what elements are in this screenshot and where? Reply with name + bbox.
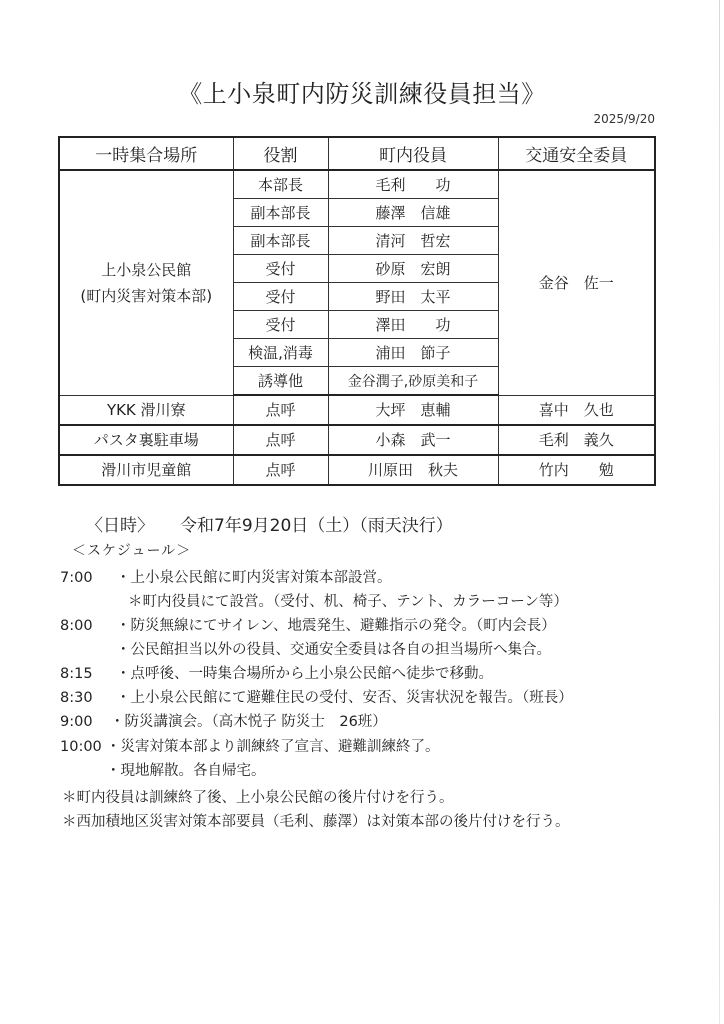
schedule-time: 7:00 (60, 568, 120, 588)
officer-cell: 大坪 恵輔 (328, 395, 498, 425)
role-cell: 点呼 (233, 395, 328, 425)
schedule-item: ・現地解散。各自帰宅。 (0, 761, 724, 781)
roster-table: 一時集合場所 役割 町内役員 交通安全委員 上小泉公民館 (町内災害対策本部) … (58, 136, 656, 486)
datetime-value: 令和7年9月20日（土）（雨天決行） (180, 516, 453, 536)
schedule-text: ・現地解散。各自帰宅。 (106, 761, 266, 781)
table-row: パスタ裏駐車場 点呼 小森 武一 毛利 義久 (59, 425, 655, 455)
officer-cell: 砂原 宏朗 (328, 255, 498, 283)
table-row: 上小泉公民館 (町内災害対策本部) 本部長 毛利 功 金谷 佐一 (59, 170, 655, 199)
hq-place-cell: 上小泉公民館 (町内災害対策本部) (59, 170, 233, 395)
role-cell: 点呼 (233, 455, 328, 485)
schedule-text: ・防災無線にてサイレン、地震発生、避難指示の発令。（町内会長） (116, 616, 556, 636)
schedule-text: ・公民館担当以外の役員、交通安全委員は各自の担当場所へ集合。 (116, 640, 551, 660)
role-cell: 検温,消毒 (233, 339, 328, 367)
document-title: 《上小泉町内防災訓練役員担当》 (0, 74, 724, 109)
schedule-item: ＊町内役員にて設営。（受付、机、椅子、テント、カラーコーン等） (0, 592, 724, 612)
schedule-item: 7:00 ・上小泉公民館に町内災害対策本部設営。 (0, 568, 724, 588)
officer-cell: 川原田 秋夫 (328, 455, 498, 485)
assembly-place-cell: パスタ裏駐車場 (59, 425, 233, 455)
schedule-text: ・上小泉公民館に町内災害対策本部設営。 (116, 568, 392, 588)
schedule-time: 8:00 (60, 616, 120, 636)
hq-place-subtitle: (町内災害対策本部) (60, 283, 233, 309)
traffic-officer-cell: 竹内 勉 (498, 455, 655, 485)
officer-cell: 毛利 功 (328, 170, 498, 199)
hq-traffic-officer-cell: 金谷 佐一 (498, 170, 655, 395)
table-row: 滑川市児童館 点呼 川原田 秋夫 竹内 勉 (59, 455, 655, 485)
document-date: 2025/9/20 (560, 112, 655, 126)
schedule-heading: ＜スケジュール＞ (72, 540, 191, 560)
traffic-officer-cell: 喜中 久也 (498, 395, 655, 425)
role-cell: 受付 (233, 283, 328, 311)
header-traffic-officer: 交通安全委員 (498, 137, 655, 170)
schedule-text: ＊町内役員にて設営。（受付、机、椅子、テント、カラーコーン等） (128, 592, 568, 612)
assembly-place-cell: 滑川市児童館 (59, 455, 233, 485)
event-datetime: 〈日時〉令和7年9月20日（土）（雨天決行） (86, 511, 453, 536)
schedule-text: ・防災講演会。（高木悦子 防災士 26班） (110, 712, 387, 732)
schedule-item: 9:00 ・防災講演会。（高木悦子 防災士 26班） (0, 712, 724, 732)
schedule-item: 8:30 ・上小泉公民館にて避難住民の受付、安否、災害状況を報告。（班長） (0, 688, 724, 708)
schedule-item: 8:00 ・防災無線にてサイレン、地震発生、避難指示の発令。（町内会長） (0, 616, 724, 636)
schedule-item: ・公民館担当以外の役員、交通安全委員は各自の担当場所へ集合。 (0, 640, 724, 660)
role-cell: 誘導他 (233, 367, 328, 396)
officer-cell: 金谷潤子,砂原美和子 (328, 367, 498, 396)
schedule-text: ・災害対策本部より訓練終了宣言、避難訓練終了。 (106, 737, 440, 757)
schedule-item: 8:15 ・点呼後、一時集合場所から上小泉公民館へ徒歩で移動。 (0, 664, 724, 684)
schedule-text: ・上小泉公民館にて避難住民の受付、安否、災害状況を報告。（班長） (116, 688, 573, 708)
officer-cell: 小森 武一 (328, 425, 498, 455)
header-role: 役割 (233, 137, 328, 170)
scan-edge-line (719, 0, 720, 1024)
table-header-row: 一時集合場所 役割 町内役員 交通安全委員 (59, 137, 655, 170)
note-cleanup-officers: ＊町内役員は訓練終了後、上小泉公民館の後片付けを行う。 (62, 786, 454, 807)
schedule-time: 8:30 (60, 688, 120, 708)
table-row: YKK 滑川寮 点呼 大坪 恵輔 喜中 久也 (59, 395, 655, 425)
officer-cell: 藤澤 信雄 (328, 199, 498, 227)
hq-place-name: 上小泉公民館 (60, 257, 233, 283)
officer-cell: 浦田 節子 (328, 339, 498, 367)
role-cell: 点呼 (233, 425, 328, 455)
header-assembly-place: 一時集合場所 (59, 137, 233, 170)
datetime-label: 〈日時〉 (86, 516, 154, 536)
header-town-officer: 町内役員 (328, 137, 498, 170)
role-cell: 受付 (233, 255, 328, 283)
assembly-place-cell: YKK 滑川寮 (59, 395, 233, 425)
traffic-officer-cell: 毛利 義久 (498, 425, 655, 455)
role-cell: 副本部長 (233, 199, 328, 227)
note-cleanup-hq: ＊西加積地区災害対策本部要員（毛利、藤澤）は対策本部の後片付けを行う。 (62, 810, 570, 831)
officer-cell: 清河 哲宏 (328, 227, 498, 255)
officer-cell: 澤田 功 (328, 311, 498, 339)
schedule-text: ・点呼後、一時集合場所から上小泉公民館へ徒歩で移動。 (116, 664, 493, 684)
role-cell: 副本部長 (233, 227, 328, 255)
officer-cell: 野田 太平 (328, 283, 498, 311)
role-cell: 本部長 (233, 170, 328, 199)
role-cell: 受付 (233, 311, 328, 339)
schedule-time: 8:15 (60, 664, 120, 684)
schedule-item: 10:00 ・災害対策本部より訓練終了宣言、避難訓練終了。 (0, 737, 724, 757)
